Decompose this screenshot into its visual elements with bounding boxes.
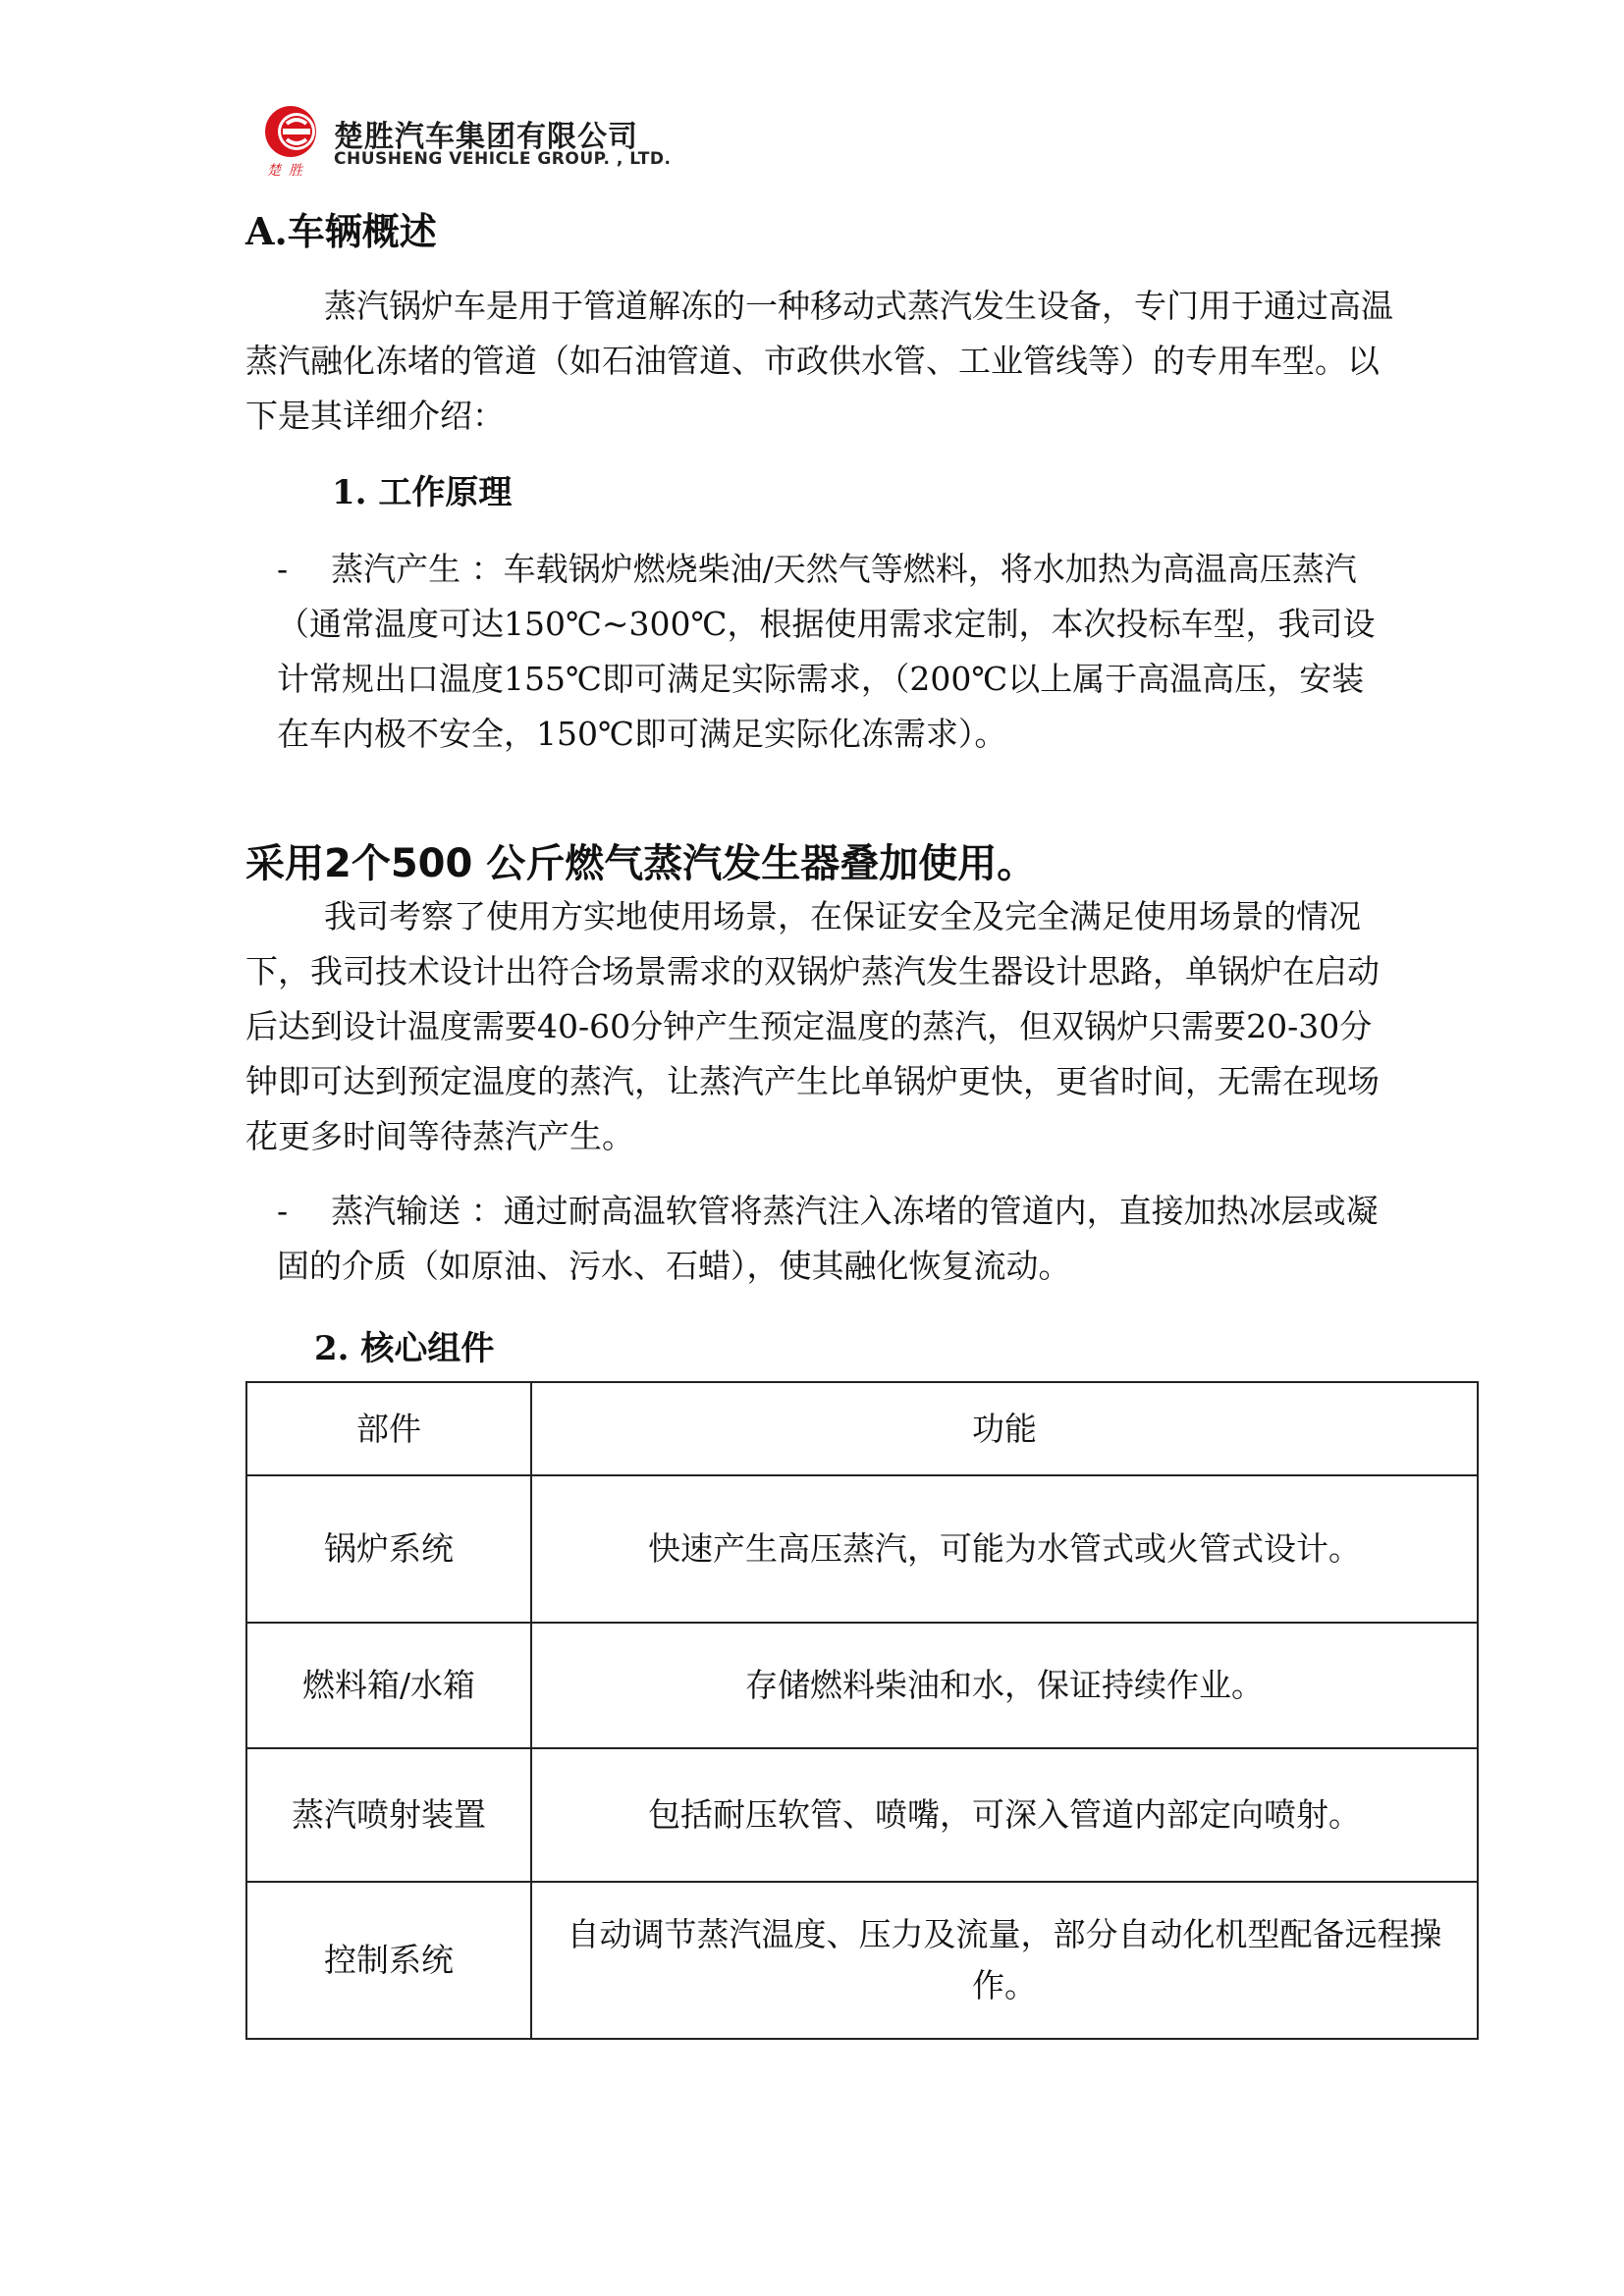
working-principle-heading: 1. 工作原理: [332, 465, 512, 513]
table-cell-component: 燃料箱/水箱: [246, 1623, 531, 1748]
table-row: 燃料箱/水箱 存储燃料柴油和水，保证持续作业。: [246, 1623, 1478, 1748]
table-cell-function: 快速产生高压蒸汽，可能为水管式或火管式设计。: [531, 1475, 1478, 1623]
table-header-component: 部件: [246, 1382, 531, 1475]
table-header-function: 功能: [531, 1382, 1478, 1475]
steam-generation-label: 蒸汽产生 ：: [331, 550, 504, 588]
bullet-dash: -: [277, 1192, 288, 1230]
design-paragraph: 我司考察了使用方实地使用场景，在保证安全及完全满足使用场景的情况下，我司技术设计…: [245, 889, 1394, 1164]
highlight-statement: 采用2个500 公斤燃气蒸汽发生器叠加使用。: [245, 832, 1036, 888]
table-header-row: 部件 功能: [246, 1382, 1478, 1475]
table-cell-component: 锅炉系统: [246, 1475, 531, 1623]
table-row: 锅炉系统 快速产生高压蒸汽，可能为水管式或火管式设计。: [246, 1475, 1478, 1623]
steam-delivery-label: 蒸汽输送 ：: [331, 1192, 504, 1230]
steam-generation-item: -蒸汽产生 ：车载锅炉燃烧柴油/天然气等燃料，将水加热为高温高压蒸汽（通常温度可…: [277, 542, 1396, 762]
table-cell-function: 存储燃料柴油和水，保证持续作业。: [531, 1623, 1478, 1748]
table-cell-component: 控制系统: [246, 1882, 531, 2039]
intro-paragraph: 蒸汽锅炉车是用于管道解冻的一种移动式蒸汽发生设备，专门用于通过高温蒸汽融化冻堵的…: [245, 279, 1394, 444]
steam-delivery-item: -蒸汽输送 ：通过耐高温软管将蒸汽注入冻堵的管道内，直接加热冰层或凝固的介质（如…: [277, 1184, 1396, 1294]
table-row: 控制系统 自动调节蒸汽温度、压力及流量，部分自动化机型配备远程操作。: [246, 1882, 1478, 2039]
table-row: 蒸汽喷射装置 包括耐压软管、喷嘴，可深入管道内部定向喷射。: [246, 1748, 1478, 1882]
company-name-en: CHUSHENG VEHICLE GROUP. , LTD.: [334, 149, 671, 169]
table-cell-function: 自动调节蒸汽温度、压力及流量，部分自动化机型配备远程操作。: [531, 1882, 1478, 2039]
core-components-table: 部件 功能 锅炉系统 快速产生高压蒸汽，可能为水管式或火管式设计。 燃料箱/水箱…: [245, 1381, 1479, 2040]
logo-caption: 楚胜: [267, 160, 310, 180]
core-components-heading: 2. 核心组件: [314, 1321, 494, 1369]
section-title: A.车辆概述: [245, 201, 437, 255]
bullet-dash: -: [277, 550, 288, 588]
table-cell-component: 蒸汽喷射装置: [246, 1748, 531, 1882]
table-cell-function: 包括耐压软管、喷嘴，可深入管道内部定向喷射。: [531, 1748, 1478, 1882]
company-logo: 楚胜: [257, 104, 328, 179]
